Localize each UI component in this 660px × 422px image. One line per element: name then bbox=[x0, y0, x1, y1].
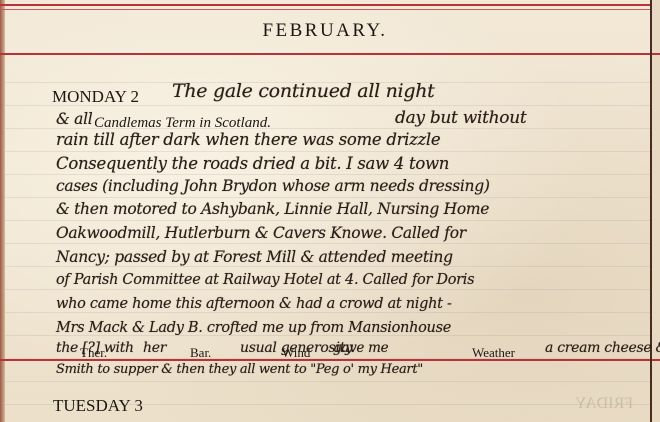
top-red-rule bbox=[0, 4, 650, 6]
handwritten-line: Smith to supper & then they all went to … bbox=[56, 362, 423, 377]
handwritten-line: Nancy; passed by at Forest Mill & attend… bbox=[56, 248, 453, 266]
diary-page: FEBRUARY. MONDAY 2 Candlemas Term in Sco… bbox=[0, 0, 660, 422]
weather-label-wind: Wind bbox=[282, 345, 310, 361]
day-label-monday: MONDAY 2 bbox=[52, 87, 139, 107]
right-red-tick-2 bbox=[652, 359, 660, 361]
handwritten-fragment: her bbox=[143, 340, 166, 356]
handwritten-line: Consequently the roads dried a bit. I sa… bbox=[56, 154, 449, 173]
handwritten-fragment: gave me bbox=[333, 340, 388, 356]
month-heading: FEBRUARY. bbox=[0, 20, 650, 42]
weather-label-ther: Ther. bbox=[80, 345, 107, 361]
header-red-rule bbox=[0, 53, 650, 55]
right-red-tick bbox=[652, 53, 660, 55]
handwritten-line: & then motored to Ashybank, Linnie Hall,… bbox=[56, 200, 489, 218]
handwritten-line: Mrs Mack & Lady B. crofted me up from Ma… bbox=[56, 320, 451, 336]
handwritten-line: cases (including John Brydon whose arm n… bbox=[56, 177, 490, 195]
handwritten-line: & all bbox=[56, 110, 92, 128]
handwritten-line: day but without bbox=[395, 108, 526, 128]
weather-label-weather: Weather bbox=[472, 345, 515, 361]
handwritten-line: who came home this afternoon & had a cro… bbox=[56, 296, 452, 312]
top-red-rule-thin bbox=[0, 9, 650, 10]
handwritten-line: The gale continued all night bbox=[172, 80, 434, 102]
bleed-through-text: FRIDAY bbox=[575, 395, 633, 413]
handwritten-line: rain till after dark when there was some… bbox=[56, 130, 440, 149]
handwritten-line: Oakwoodmill, Hutlerburn & Cavers Knowe. … bbox=[56, 224, 466, 242]
day-label-tuesday: TUESDAY 3 bbox=[53, 396, 143, 416]
handwritten-fragment: a cream cheese & a pot of Potum Peperium… bbox=[545, 340, 660, 356]
weather-label-bar: Bar. bbox=[190, 345, 211, 361]
handwritten-line: of Parish Committee at Railway Hotel at … bbox=[56, 272, 474, 288]
